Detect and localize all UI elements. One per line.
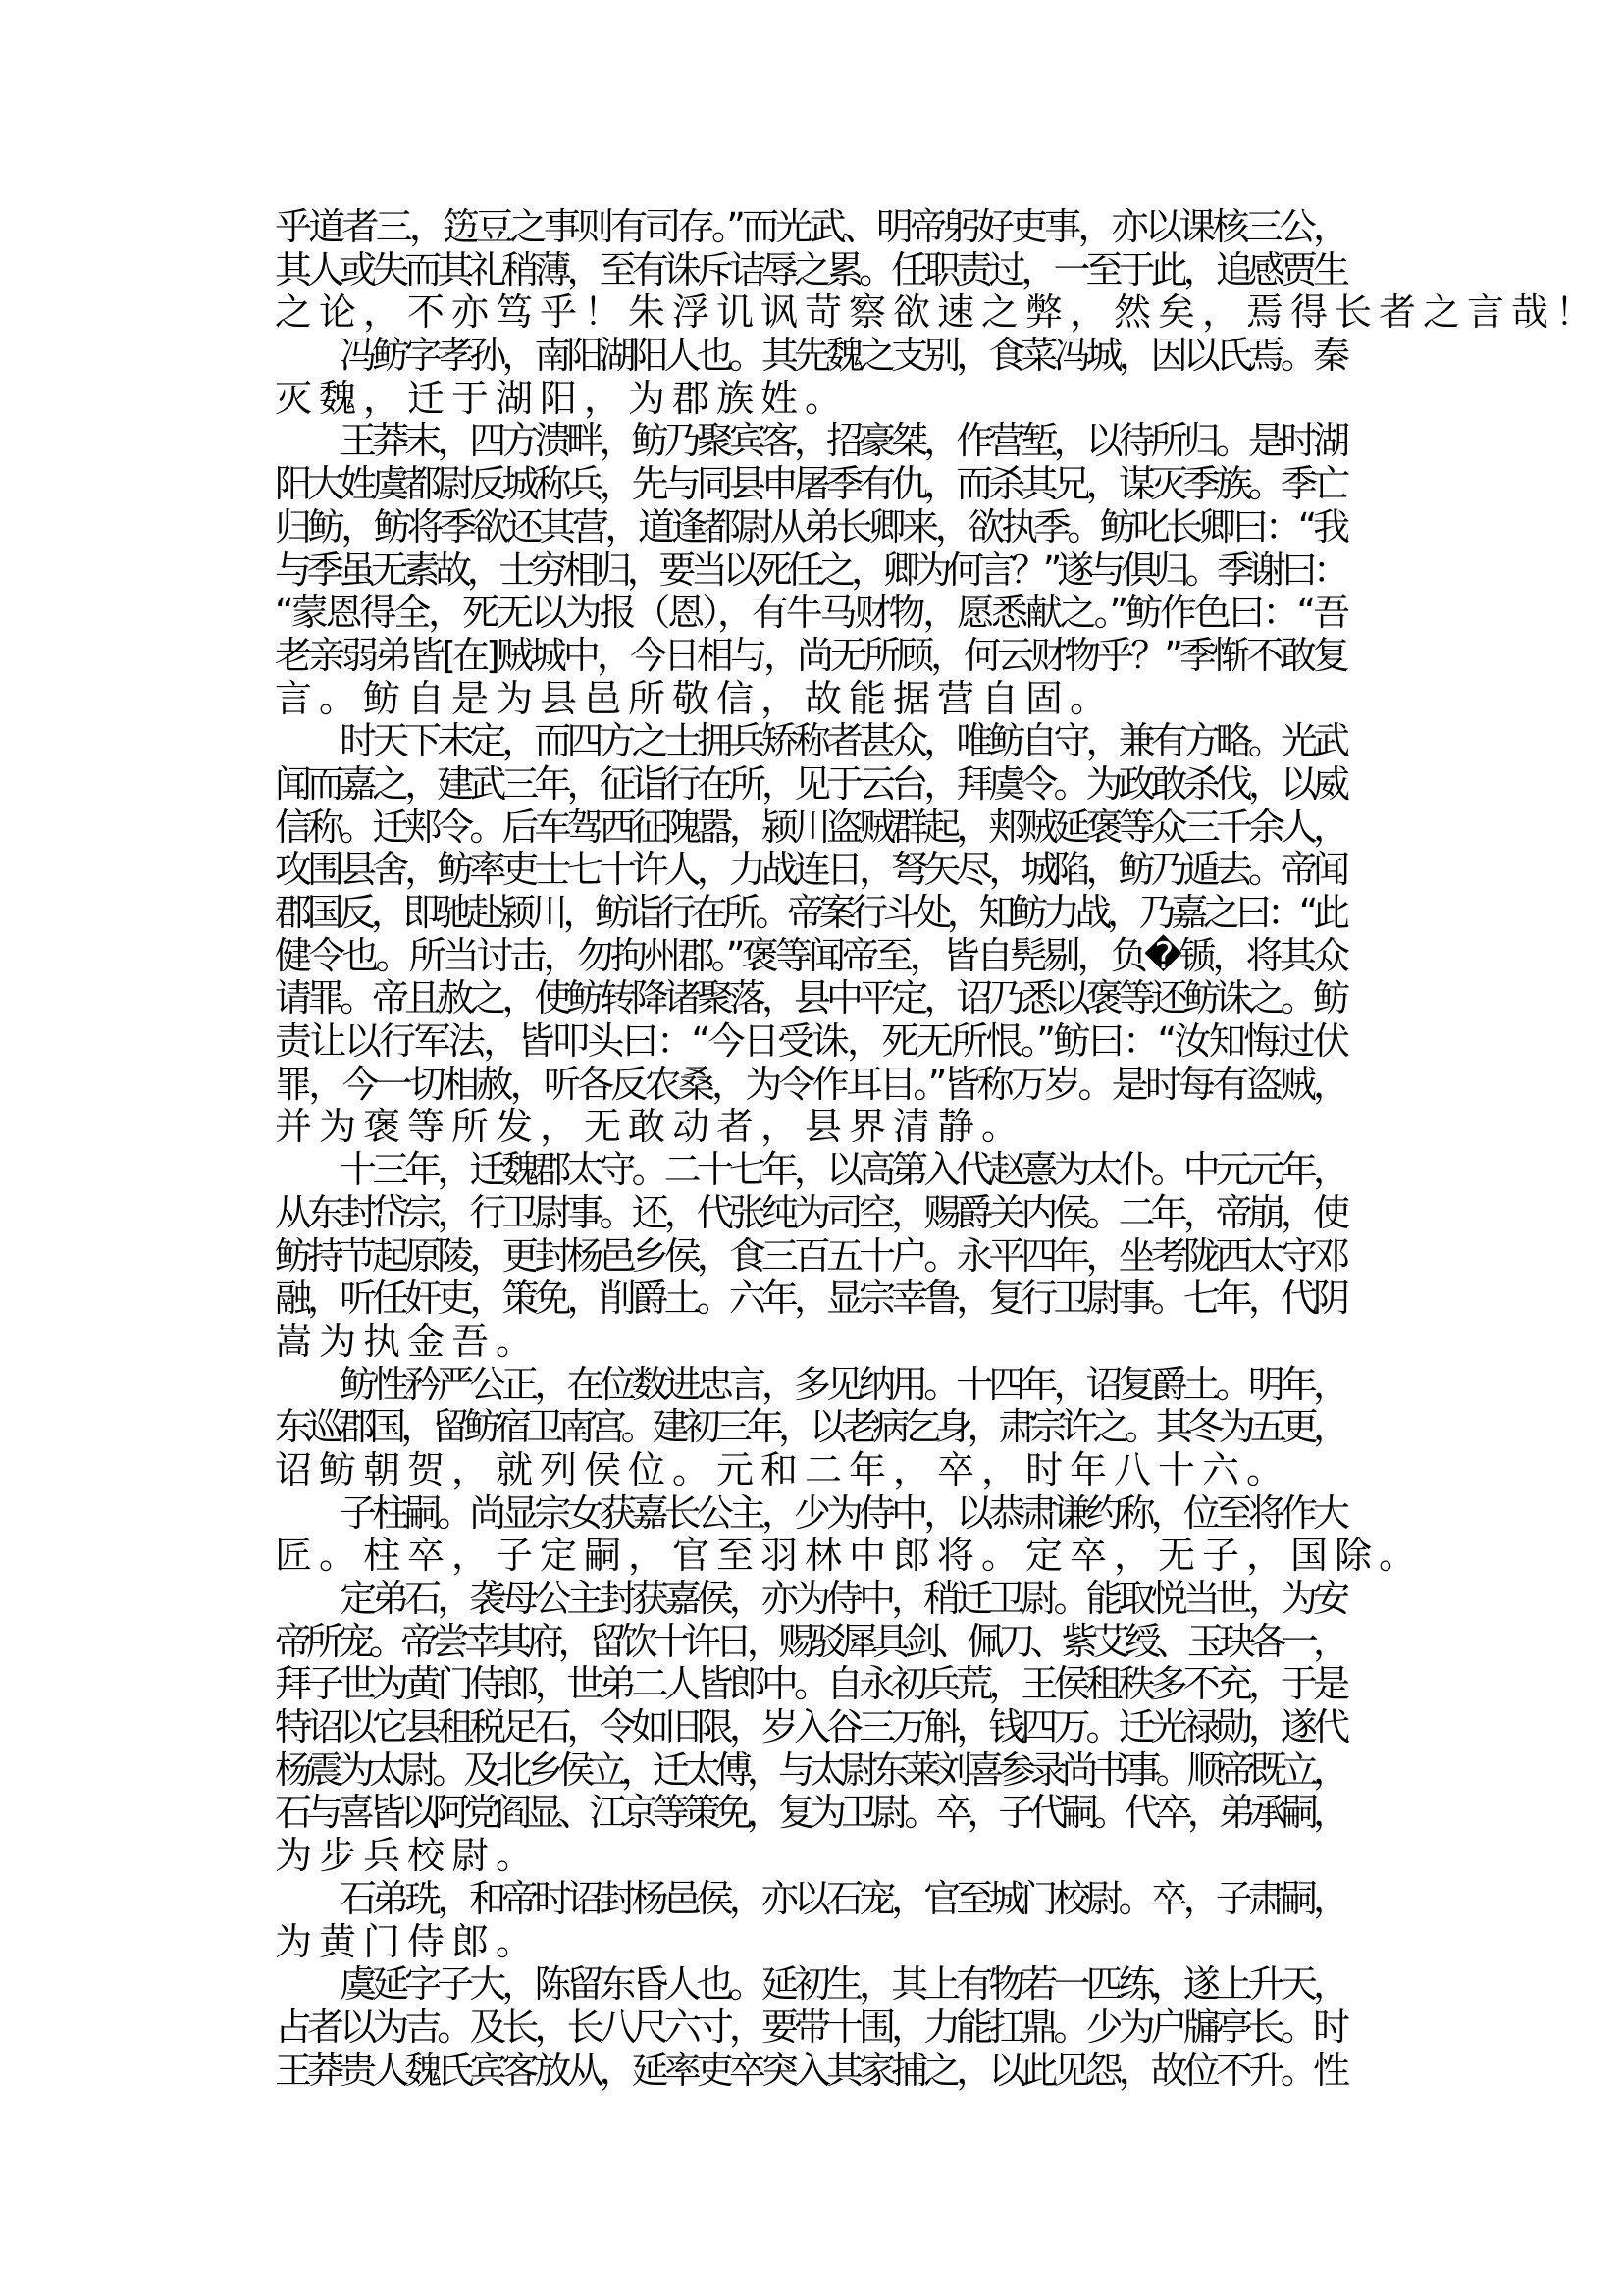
text-line: 老亲弱弟皆[在]贼城中，今日相与，尚无所顾，何云财物乎？”季惭不敢复	[275, 635, 1350, 678]
text-line: 攻围县舍，鲂率吏士七十许人，力战连日，弩矢尽，城陷，鲂乃遁去。帝闻	[275, 849, 1350, 892]
paragraph-first-line: 十三年，迁魏郡太守。二十七年，以高第入代赵憙为太仆。中元元年，	[275, 1149, 1350, 1192]
text-line: 言。鲂自是为县邑所敬信，故能据营自固。	[275, 678, 1350, 721]
text-line: 灭魏，迁于湖阳，为郡族姓。	[275, 378, 1350, 421]
text-line: 闻而嘉之，建武三年，征诣行在所，见于云台，拜虞令。为政敢杀伐，以威	[275, 763, 1350, 807]
paragraph-first-line: 时天下未定，而四方之士拥兵矫称者甚众，唯鲂自守，兼有方略。光武	[275, 720, 1350, 763]
text-line: 东巡郡国，留鲂宿卫南宫。建初三年，以老病乞身，肃宗许之。其冬为五更，	[275, 1406, 1350, 1449]
text-line: 与季虽无素故，士穷相归，要当以死任之，卿为何言？”遂与俱归。季谢曰：	[275, 549, 1350, 593]
text-line: 嵩为执金吾。	[275, 1321, 1350, 1364]
text-line: 为黄门侍郎。	[275, 1921, 1350, 1964]
text-line: 阳大姓虞都尉反城称兵，先与同县申屠季有仇，而杀其兄，谋灭季族。季亡	[275, 463, 1350, 506]
text-line: 匠。柱卒，子定嗣，官至羽林中郎将。定卒，无子，国除。	[275, 1535, 1350, 1578]
text-line: 罪，今一切相赦，听各反农桑，为令作耳目。”皆称万岁。是时每有盗贼，	[275, 1064, 1350, 1107]
paragraph-first-line: 鲂性矜严公正，在位数进忠言，多见纳用。十四年，诏复爵土。明年，	[275, 1364, 1350, 1407]
text-line: 并为褒等所发，无敢动者，县界清静。	[275, 1106, 1350, 1149]
text-line: 从东封岱宗，行卫尉事。还，代张纯为司空，赐爵关内侯。二年，帝崩，使	[275, 1192, 1350, 1235]
text-line: 占者以为吉。及长，长八尺六寸，要带十围，力能扛鼎。少为户牖亭长。时	[275, 2007, 1350, 2050]
text-line: 杨震为太尉。及北乡侯立，迁太傅，与太尉东莱刘喜参录尚书事。顺帝既立，	[275, 1749, 1350, 1793]
text-line: 郡国反，即驰赴颍川，鲂诣行在所。帝案行斗处，知鲂力战，乃嘉之曰：“此	[275, 892, 1350, 935]
text-line: 拜子世为黄门侍郎，世弟二人皆郎中。自永初兵荒，王侯租秩多不充，于是	[275, 1663, 1350, 1706]
text-line: 乎道者三，笾豆之事则有司存。”而光武、明帝躬好吏事，亦以课核三公，	[275, 206, 1350, 249]
paragraph-first-line: 子柱嗣。尚显宗女获嘉长公主，少为侍中，以恭肃谦约称，位至将作大	[275, 1492, 1350, 1536]
text-line: 其人或失而其礼稍薄，至有诛斥诘辱之累。任职责过，一至于此，追感贾生	[275, 249, 1350, 292]
paragraph-first-line: 石弟珗，和帝时诏封杨邑侯，亦以石宠，官至城门校尉。卒，子肃嗣，	[275, 1878, 1350, 1921]
text-line: 归鲂，鲂将季欲还其营，道逢都尉从弟长卿来，欲执季。鲂叱长卿曰：“我	[275, 506, 1350, 549]
paragraph-first-line: 冯鲂字孝孙，南阳湖阳人也。其先魏之支别，食菜冯城，因以氏焉。秦	[275, 335, 1350, 378]
text-line: 鲂持节起原陵，更封杨邑乡侯，食三百五十户。永平四年，坐考陇西太守邓	[275, 1235, 1350, 1278]
text-line: 石与喜皆以阿党阎显、江京等策免，复为卫尉。卒，子代嗣。代卒，弟承嗣，	[275, 1792, 1350, 1835]
text-line: 请罪。帝且赦之，使鲂转降诸聚落，县中平定，诏乃悉以褒等还鲂诛之。鲂	[275, 977, 1350, 1020]
text-line: 之论，不亦笃乎！朱浮讥讽苛察欲速之弊，然矣，焉得长者之言哉！	[275, 291, 1350, 335]
text-line: 诏鲂朝贺，就列侯位。元和二年，卒，时年八十六。	[275, 1449, 1350, 1492]
text-line: 为步兵校尉。	[275, 1835, 1350, 1878]
text-line: 王莽贵人魏氏宾客放从，延率吏卒突入其家捕之，以此见怨，故位不升。性	[275, 2050, 1350, 2093]
text-line: 融，听任奸吏，策免，削爵土。六年，显宗幸鲁，复行卫尉事。七年，代阴	[275, 1277, 1350, 1321]
paragraph-first-line: 定弟石，袭母公主封获嘉侯，亦为侍中，稍迁卫尉。能取悦当世，为安	[275, 1578, 1350, 1621]
text-line: 信称。迁郏令。后车驾西征隗嚣，颍川盗贼群起，郏贼延褒等众三千余人，	[275, 807, 1350, 850]
text-line: 帝所宠。帝尝幸其府，留饮十许日，赐驳犀具剑、佩刀、紫艾绶、玉玦各一，	[275, 1621, 1350, 1664]
text-line: 特诏以它县租税足石，令如旧限，岁入谷三万斛，钱四万。迁光禄勋，遂代	[275, 1706, 1350, 1749]
text-line: 责让以行军法，皆叩头曰：“今日受诛，死无所恨。”鲂曰：“汝知悔过伏	[275, 1020, 1350, 1064]
paragraph-first-line: 虞延字子大，陈留东昏人也。延初生，其上有物若一匹练，遂上升天，	[275, 1963, 1350, 2007]
paragraph-first-line: 王莽末，四方溃畔，鲂乃聚宾客，招豪桀，作营堑，以待所归。是时湖	[275, 420, 1350, 463]
text-line: “蒙恩得全，死无以为报（恩），有牛马财物，愿悉献之。”鲂作色曰：“吾	[275, 592, 1350, 635]
document-page: 乎道者三，笾豆之事则有司存。”而光武、明帝躬好吏事，亦以课核三公，其人或失而其礼…	[275, 206, 1350, 2092]
text-line: 健令也。所当讨击，勿拘州郡。”褒等闻帝至，皆自髡剔，负�锧，将其众	[275, 935, 1350, 978]
